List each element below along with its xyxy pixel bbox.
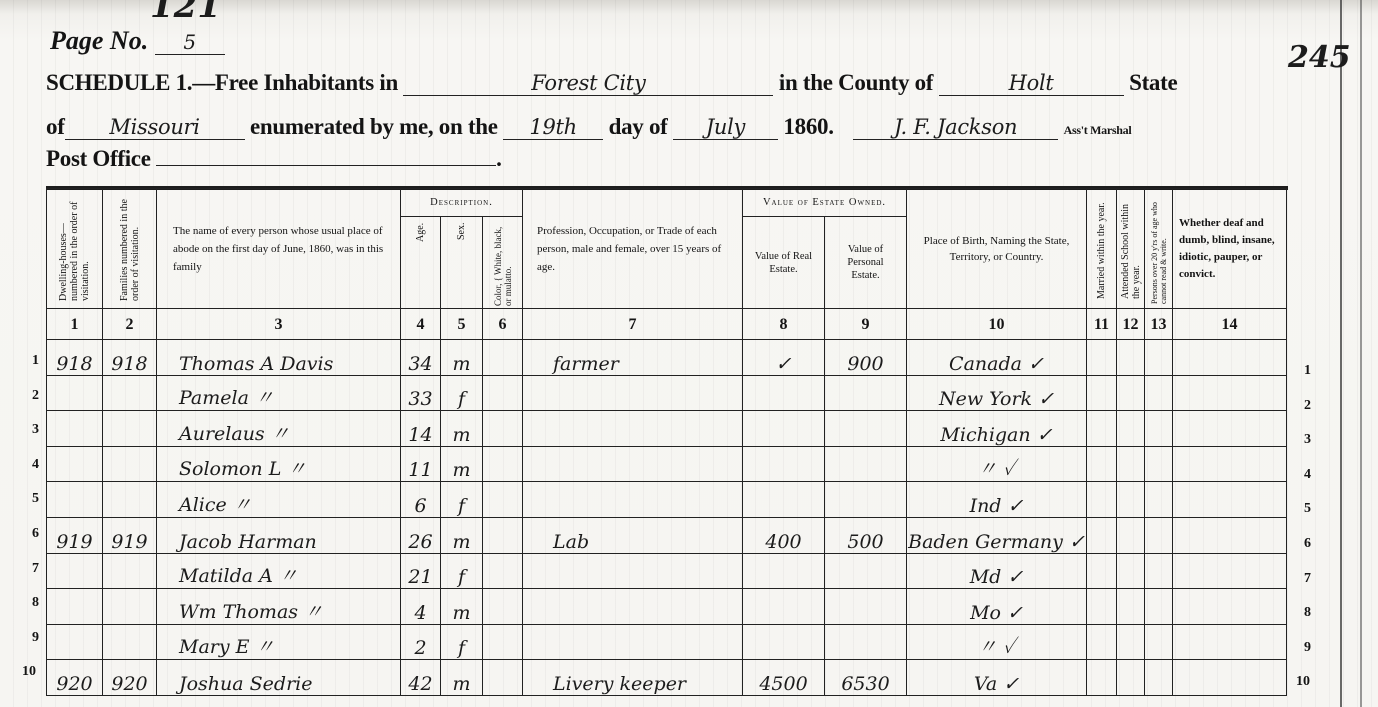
schedule-label: SCHEDULE 1.—Free Inhabitants in <box>46 70 398 95</box>
color-cell <box>483 589 523 625</box>
line-number-right: 1 <box>1304 363 1311 379</box>
personal-estate-value-cell: 900 <box>825 340 907 376</box>
married-within-year-cell <box>1087 482 1117 518</box>
family-number-cell: 918 <box>103 340 157 376</box>
married-within-year-cell <box>1087 589 1117 625</box>
marshal-label: Ass't Marshal <box>1064 123 1132 137</box>
infirmity-cell <box>1173 446 1287 482</box>
line-number-left: 8 <box>32 595 39 611</box>
folio-number: 121 <box>150 0 221 26</box>
line-number-left: 7 <box>32 561 39 577</box>
occupation-cell: Lab <box>523 517 743 553</box>
sex-cell: m <box>441 340 483 376</box>
age-cell: 26 <box>401 517 441 553</box>
day-field: 19th <box>503 115 603 140</box>
table-row: Wm Thomas 〃4mMo ✓ <box>47 589 1287 625</box>
birthplace-cell: Canada ✓ <box>907 340 1087 376</box>
age-cell: 33 <box>401 375 441 411</box>
real-estate-value-cell: ✓ <box>743 340 825 376</box>
real-estate-value-cell <box>743 553 825 589</box>
cannot-read-write-cell <box>1145 660 1173 696</box>
attended-school-cell <box>1117 446 1145 482</box>
dwelling-number-cell <box>47 624 103 660</box>
cannot-read-write-cell <box>1145 624 1173 660</box>
infirmity-cell <box>1173 482 1287 518</box>
col-number: 3 <box>157 309 401 340</box>
page-number-line: Page No. 5 <box>50 26 225 56</box>
occupation-cell <box>523 375 743 411</box>
attended-school-cell <box>1117 482 1145 518</box>
cannot-read-write-cell <box>1145 340 1173 376</box>
cannot-read-write-cell <box>1145 446 1173 482</box>
infirmity-cell <box>1173 340 1287 376</box>
birthplace-cell: Mo ✓ <box>907 589 1087 625</box>
col-header-dwelling: Dwelling-houses—numbered in the order of… <box>47 189 103 309</box>
married-within-year-cell <box>1087 660 1117 696</box>
sex-cell: f <box>441 375 483 411</box>
color-cell <box>483 517 523 553</box>
line-number-left: 4 <box>32 457 39 473</box>
col-header-occupation: Profession, Occupation, or Trade of each… <box>523 189 743 309</box>
col-header-real-estate: Value of Real Estate. <box>743 217 825 309</box>
cannot-read-write-cell <box>1145 589 1173 625</box>
age-cell: 14 <box>401 411 441 447</box>
dwelling-number-cell <box>47 482 103 518</box>
attended-school-cell <box>1117 375 1145 411</box>
real-estate-value-cell: 4500 <box>743 660 825 696</box>
age-cell: 11 <box>401 446 441 482</box>
sex-cell: f <box>441 624 483 660</box>
married-within-year-cell <box>1087 340 1117 376</box>
birthplace-cell: Baden Germany ✓ <box>907 517 1087 553</box>
birthplace-cell: Md ✓ <box>907 553 1087 589</box>
married-within-year-cell <box>1087 517 1117 553</box>
line-number-right: 3 <box>1304 432 1311 448</box>
page-edge-line <box>1340 0 1342 707</box>
family-number-cell <box>103 446 157 482</box>
birthplace-cell: Va ✓ <box>907 660 1087 696</box>
post-office-field <box>156 165 496 166</box>
real-estate-value-cell <box>743 411 825 447</box>
day-of-label: day of <box>609 114 668 139</box>
attended-school-cell <box>1117 589 1145 625</box>
sex-cell: f <box>441 482 483 518</box>
col-header-married: Married within the year. <box>1087 189 1117 309</box>
line-number-right: 5 <box>1304 501 1311 517</box>
line-number-left: 10 <box>22 664 36 680</box>
census-table: Dwelling-houses—numbered in the order of… <box>46 188 1287 696</box>
dwelling-number-cell <box>47 411 103 447</box>
line-number-right: 7 <box>1304 571 1311 587</box>
sex-cell: m <box>441 589 483 625</box>
age-cell: 4 <box>401 589 441 625</box>
col-header-personal-estate: Value of Personal Estate. <box>825 217 907 309</box>
attended-school-cell <box>1117 340 1145 376</box>
family-number-cell: 919 <box>103 517 157 553</box>
line-number-left: 2 <box>32 388 39 404</box>
enumeration-line: ofMissouri enumerated by me, on the 19th… <box>46 114 1131 140</box>
line-number-right: 2 <box>1304 398 1311 414</box>
personal-estate-value-cell <box>825 624 907 660</box>
family-number-cell <box>103 411 157 447</box>
line-number-left: 3 <box>32 422 39 438</box>
infirmity-cell <box>1173 375 1287 411</box>
line-number-right: 6 <box>1304 536 1311 552</box>
personal-estate-value-cell <box>825 553 907 589</box>
county-label: in the County of <box>779 70 933 95</box>
col-header-illiterate: Persons over 20 y'rs of age who cannot r… <box>1145 189 1173 309</box>
real-estate-value-cell <box>743 624 825 660</box>
person-name-cell: Aurelaus 〃 <box>157 411 401 447</box>
marshal-signature: J. F. Jackson <box>853 115 1058 140</box>
sex-cell: f <box>441 553 483 589</box>
family-number-cell <box>103 624 157 660</box>
table-row: Matilda A 〃21fMd ✓ <box>47 553 1287 589</box>
infirmity-cell <box>1173 411 1287 447</box>
post-office-line: Post Office . <box>46 146 502 172</box>
place-field: Forest City <box>403 71 773 96</box>
schedule-line: SCHEDULE 1.—Free Inhabitants in Forest C… <box>46 70 1177 96</box>
col-number: 11 <box>1087 309 1117 340</box>
color-cell <box>483 375 523 411</box>
page-no-label: Page No. <box>50 26 148 55</box>
col-number: 2 <box>103 309 157 340</box>
dwelling-number-cell <box>47 553 103 589</box>
infirmity-cell <box>1173 589 1287 625</box>
age-cell: 2 <box>401 624 441 660</box>
dwelling-number-cell: 918 <box>47 340 103 376</box>
age-cell: 6 <box>401 482 441 518</box>
real-estate-value-cell <box>743 589 825 625</box>
col-header-school: Attended School within the year. <box>1117 189 1145 309</box>
occupation-cell <box>523 553 743 589</box>
county-field: Holt <box>939 71 1124 96</box>
cannot-read-write-cell <box>1145 482 1173 518</box>
attended-school-cell <box>1117 517 1145 553</box>
infirmity-cell <box>1173 660 1287 696</box>
age-cell: 21 <box>401 553 441 589</box>
line-number-left: 1 <box>32 353 39 369</box>
attended-school-cell <box>1117 411 1145 447</box>
line-number-right: 10 <box>1296 674 1310 690</box>
color-cell <box>483 411 523 447</box>
line-number-right: 9 <box>1304 640 1311 656</box>
person-name-cell: Matilda A 〃 <box>157 553 401 589</box>
table-row: Aurelaus 〃14mMichigan ✓ <box>47 411 1287 447</box>
dwelling-number-cell: 920 <box>47 660 103 696</box>
col-header-birthplace: Place of Birth, Naming the State, Territ… <box>907 189 1087 309</box>
occupation-cell: farmer <box>523 340 743 376</box>
page-no-value: 5 <box>155 30 225 55</box>
attended-school-cell <box>1117 660 1145 696</box>
table-row: 918918Thomas A Davis34mfarmer✓900Canada … <box>47 340 1287 376</box>
of-label: of <box>46 114 65 139</box>
person-name-cell: Solomon L 〃 <box>157 446 401 482</box>
color-cell <box>483 446 523 482</box>
birthplace-cell: 〃 ✓ <box>907 446 1087 482</box>
family-number-cell <box>103 589 157 625</box>
infirmity-cell <box>1173 624 1287 660</box>
color-cell <box>483 482 523 518</box>
person-name-cell: Thomas A Davis <box>157 340 401 376</box>
age-cell: 42 <box>401 660 441 696</box>
col-header-name: The name of every person whose usual pla… <box>157 189 401 309</box>
cannot-read-write-cell <box>1145 553 1173 589</box>
col-header-sex: Sex. <box>441 217 483 309</box>
dwelling-number-cell <box>47 446 103 482</box>
color-cell <box>483 624 523 660</box>
person-name-cell: Jacob Harman <box>157 517 401 553</box>
birthplace-cell: New York ✓ <box>907 375 1087 411</box>
table-row: Alice 〃6fInd ✓ <box>47 482 1287 518</box>
col-header-age: Age. <box>401 217 441 309</box>
sex-cell: m <box>441 411 483 447</box>
birthplace-cell: Ind ✓ <box>907 482 1087 518</box>
cannot-read-write-cell <box>1145 411 1173 447</box>
col-number: 6 <box>483 309 523 340</box>
table-row: Mary E 〃2f〃 ✓ <box>47 624 1287 660</box>
page-edge-line <box>1360 0 1362 707</box>
col-number: 1 <box>47 309 103 340</box>
occupation-cell <box>523 482 743 518</box>
year-label: 1860. <box>783 114 833 139</box>
birthplace-cell: Michigan ✓ <box>907 411 1087 447</box>
real-estate-value-cell <box>743 482 825 518</box>
personal-estate-value-cell: 6530 <box>825 660 907 696</box>
personal-estate-value-cell <box>825 482 907 518</box>
personal-estate-value-cell: 500 <box>825 517 907 553</box>
personal-estate-value-cell <box>825 411 907 447</box>
col-header-color: Color, { White, black, or mulatto. <box>483 217 523 309</box>
birthplace-cell: 〃 ✓ <box>907 624 1087 660</box>
line-number-left: 5 <box>32 491 39 507</box>
col-number: 7 <box>523 309 743 340</box>
attended-school-cell <box>1117 624 1145 660</box>
cannot-read-write-cell <box>1145 517 1173 553</box>
dwelling-number-cell <box>47 375 103 411</box>
infirmity-cell <box>1173 517 1287 553</box>
family-number-cell <box>103 553 157 589</box>
col-number: 9 <box>825 309 907 340</box>
col-number: 10 <box>907 309 1087 340</box>
infirmity-cell <box>1173 553 1287 589</box>
col-number: 14 <box>1173 309 1287 340</box>
color-cell <box>483 553 523 589</box>
occupation-cell <box>523 446 743 482</box>
person-name-cell: Alice 〃 <box>157 482 401 518</box>
col-number: 8 <box>743 309 825 340</box>
col-number: 5 <box>441 309 483 340</box>
stamped-page-number: 245 <box>1288 40 1351 75</box>
table-row: 919919Jacob Harman26mLab400500Baden Germ… <box>47 517 1287 553</box>
table-row: Solomon L 〃11m〃 ✓ <box>47 446 1287 482</box>
dwelling-number-cell <box>47 589 103 625</box>
occupation-cell <box>523 411 743 447</box>
real-estate-value-cell: 400 <box>743 517 825 553</box>
occupation-cell: Livery keeper <box>523 660 743 696</box>
person-name-cell: Pamela 〃 <box>157 375 401 411</box>
line-number-left: 6 <box>32 526 39 542</box>
color-cell <box>483 340 523 376</box>
person-name-cell: Joshua Sedrie <box>157 660 401 696</box>
state-label: State <box>1129 70 1177 95</box>
enumerated-label: enumerated by me, on the <box>250 114 498 139</box>
married-within-year-cell <box>1087 375 1117 411</box>
personal-estate-value-cell <box>825 375 907 411</box>
post-office-label: Post Office <box>46 146 151 171</box>
real-estate-value-cell <box>743 375 825 411</box>
real-estate-value-cell <box>743 446 825 482</box>
table-row: Pamela 〃33fNew York ✓ <box>47 375 1287 411</box>
line-number-right: 4 <box>1304 467 1311 483</box>
married-within-year-cell <box>1087 446 1117 482</box>
attended-school-cell <box>1117 553 1145 589</box>
group-header-description: Description. <box>401 189 523 217</box>
married-within-year-cell <box>1087 553 1117 589</box>
dwelling-number-cell: 919 <box>47 517 103 553</box>
person-name-cell: Wm Thomas 〃 <box>157 589 401 625</box>
personal-estate-value-cell <box>825 589 907 625</box>
family-number-cell <box>103 482 157 518</box>
married-within-year-cell <box>1087 411 1117 447</box>
month-field: July <box>673 115 778 140</box>
col-number: 4 <box>401 309 441 340</box>
occupation-cell <box>523 589 743 625</box>
cannot-read-write-cell <box>1145 375 1173 411</box>
married-within-year-cell <box>1087 624 1117 660</box>
person-name-cell: Mary E 〃 <box>157 624 401 660</box>
line-number-left: 9 <box>32 630 39 646</box>
sex-cell: m <box>441 660 483 696</box>
table-row: 920920Joshua Sedrie42mLivery keeper45006… <box>47 660 1287 696</box>
state-field: Missouri <box>65 115 245 140</box>
age-cell: 34 <box>401 340 441 376</box>
color-cell <box>483 660 523 696</box>
occupation-cell <box>523 624 743 660</box>
col-header-family: Families numbered in the order of visita… <box>103 189 157 309</box>
family-number-cell: 920 <box>103 660 157 696</box>
line-number-right: 8 <box>1304 605 1311 621</box>
sex-cell: m <box>441 517 483 553</box>
col-number: 13 <box>1145 309 1173 340</box>
family-number-cell <box>103 375 157 411</box>
group-header-value-of-estate: Value of Estate Owned. <box>743 189 907 217</box>
sex-cell: m <box>441 446 483 482</box>
col-number: 12 <box>1117 309 1145 340</box>
personal-estate-value-cell <box>825 446 907 482</box>
col-header-infirmity: Whether deaf and dumb, blind, insane, id… <box>1173 189 1287 309</box>
